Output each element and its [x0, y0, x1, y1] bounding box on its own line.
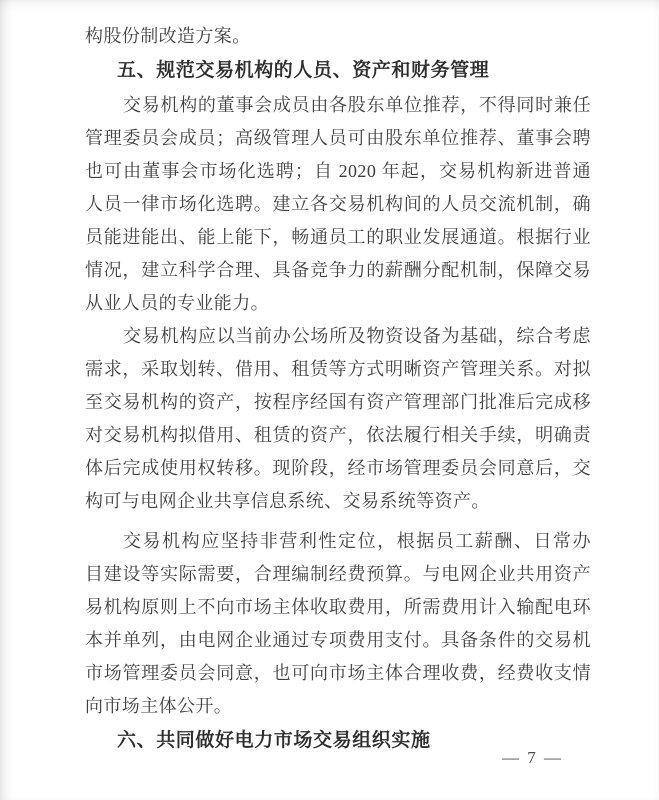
section-5-heading: 五、规范交易机构的人员、资产和财务管理: [85, 53, 591, 89]
paragraph-line: 体后完成使用权转移。现阶段，经市场管理委员会同意后，交易机: [85, 452, 591, 485]
paragraph-line: 本并单列，由电网企业通过专项费用支付。具备条件的交易机构经: [85, 624, 591, 657]
paragraph-line: 交易机构应坚持非营利性定位，根据员工薪酬、日常办公、项: [85, 525, 591, 558]
paragraph-line: 交易机构的董事会成员由各股东单位推荐，不得同时兼任市场: [85, 89, 591, 122]
paragraph-line: 员能进能出、能上能下，畅通员工的职业发展通道。根据行业实际: [85, 221, 591, 254]
carryover-text-line: 构股份制改造方案。: [85, 20, 591, 53]
paragraph-line: 市场管理委员会同意，也可向市场主体合理收费，经费收支情况应: [85, 657, 591, 690]
section-5-paragraph-2: 交易机构应以当前办公场所及物资设备为基础，综合考虑发展 需求，采取划转、借用、租…: [85, 320, 591, 518]
paragraph-line: 目建设等实际需要，合理编制经费预算。与电网企业共用资产的交: [85, 558, 591, 591]
paragraph-line: 易机构原则上不向市场主体收取费用，所需费用计入输配电环节成: [85, 591, 591, 624]
document-text-block: 构股份制改造方案。 五、规范交易机构的人员、资产和财务管理 交易机构的董事会成员…: [85, 20, 591, 759]
scanned-document-page: 构股份制改造方案。 五、规范交易机构的人员、资产和财务管理 交易机构的董事会成员…: [0, 0, 659, 800]
paragraph-line: 交易机构应以当前办公场所及物资设备为基础，综合考虑发展: [85, 320, 591, 353]
paragraph-line: 至交易机构的资产，按程序经国有资产管理部门批准后完成移交；: [85, 386, 591, 419]
page-number: — 7 —: [502, 748, 563, 768]
paragraph-line: 构可与电网企业共享信息系统、交易系统等资产。: [85, 485, 591, 518]
paragraph-line: 对交易机构拟借用、租赁的资产，依法履行相关手续，明确责任主: [85, 419, 591, 452]
paragraph-line: 向市场主体公开。: [85, 690, 591, 723]
paragraph-line: 也可由董事会市场化选聘；自 2020 年起，交易机构新进普通工作: [85, 155, 591, 188]
paragraph-line: 从业人员的专业能力。: [85, 287, 591, 320]
paragraph-line: 人员一律市场化选聘。建立各交易机构间的人员交流机制，确保人: [85, 188, 591, 221]
section-5-paragraph-1: 交易机构的董事会成员由各股东单位推荐，不得同时兼任市场 管理委员会成员；高级管理…: [85, 89, 591, 320]
paragraph-line: 需求，采取划转、借用、租赁等方式明晰资产管理关系。对拟划转: [85, 353, 591, 386]
paragraph-line: 情况，建立科学合理、具备竞争力的薪酬分配机制，保障交易机构: [85, 254, 591, 287]
paragraph-line: 管理委员会成员；高级管理人员可由股东单位推荐、董事会聘任，: [85, 122, 591, 155]
section-5-paragraph-3: 交易机构应坚持非营利性定位，根据员工薪酬、日常办公、项 目建设等实际需要，合理编…: [85, 525, 591, 723]
